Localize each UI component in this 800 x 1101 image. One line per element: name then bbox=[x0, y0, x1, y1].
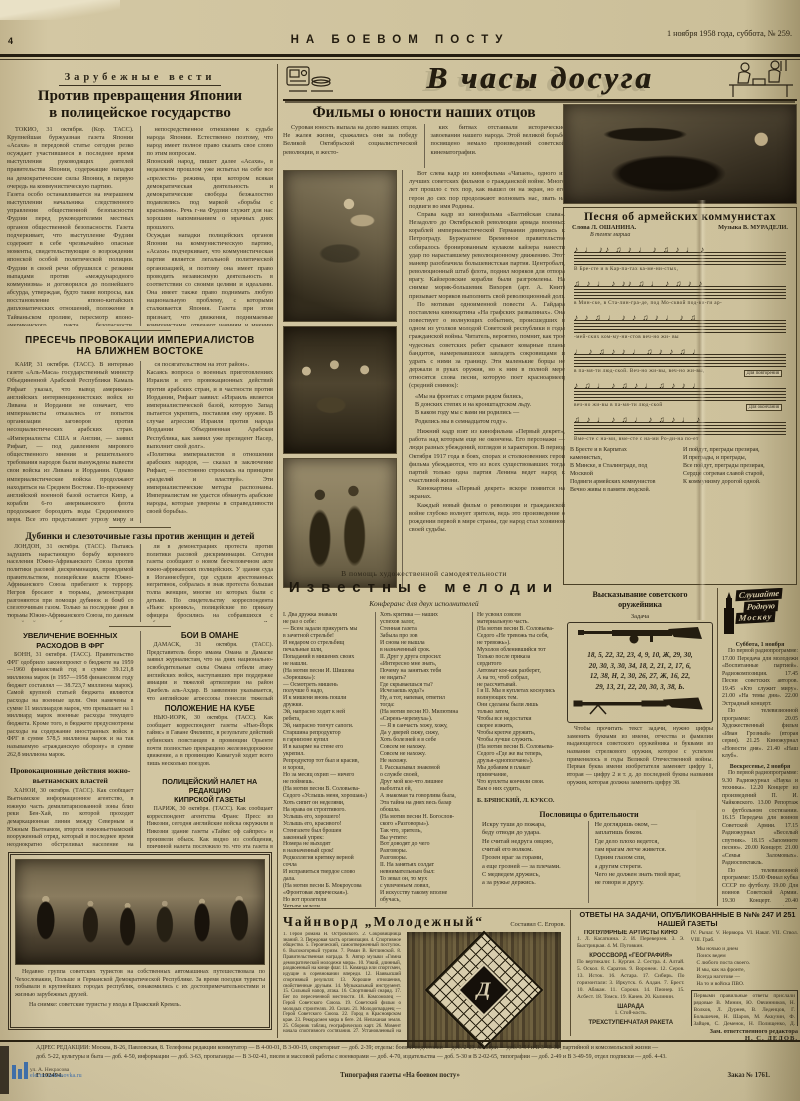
vietnam-headline: Провокационные действия южно- вьетнамски… bbox=[7, 766, 134, 786]
films-paragraph: Справа кадр из кинофильма «Балтийская сл… bbox=[409, 211, 565, 301]
answers-section: ОТВЕТЫ НА ЗАДАЧИ, ОПУБЛИКОВАННЫЕ В №№ 24… bbox=[570, 910, 798, 1036]
masthead-dateline: 1 ноября 1958 года, суббота, № 259. bbox=[667, 29, 792, 38]
song-tempo: В темпе марша bbox=[590, 232, 794, 238]
leisure-banner: В часы досуга bbox=[283, 59, 797, 101]
films-song-quote: «Мы на фронтах с отцами рядом бились, В … bbox=[415, 393, 565, 426]
divider bbox=[109, 527, 171, 528]
mideast-article-col1: КАИР, 31 октября. (ТАСС). В интервью газ… bbox=[7, 361, 134, 523]
masthead-rule bbox=[0, 54, 800, 57]
music-notes: ♪ ♫ ♩ ♪ ♫ ♪ ♩ ♫ ♪ ♪ ♩ bbox=[574, 381, 786, 391]
song-credit-music: Музыка В. МУРАДЕЛИ. bbox=[718, 224, 788, 231]
ending-label: Для окончания bbox=[746, 404, 782, 411]
cipher-line: 20, 30, 3, 30, 34, 18, 2, 21, 2, 17, 6, bbox=[572, 661, 708, 672]
rifle-icon bbox=[572, 693, 704, 715]
batons-article-col1: ЛОНДОН, 31 октября. (ТАСС). Пытаясь заду… bbox=[7, 544, 134, 622]
newspaper-page: 4 НА БОЕВОМ ПОСТУ 1 ноября 1958 года, су… bbox=[0, 0, 800, 1101]
watermark-bars-icon bbox=[18, 1069, 22, 1079]
japan-article-col2: непосредственное отношение к судьбе наро… bbox=[140, 126, 274, 326]
foreign-news-column: Зарубежные вести Против превращения Япон… bbox=[7, 64, 273, 848]
films-paragraph: Каждый новый фильм о революции и граждан… bbox=[409, 502, 565, 535]
chainword-center-letter: Д bbox=[477, 978, 491, 1001]
cyprus-article: ПАРИЖ, 30 октября. (ТАСС). Как сообщает … bbox=[147, 806, 274, 848]
submachine-gun-icon bbox=[572, 625, 704, 645]
imprint-rule bbox=[0, 1040, 800, 1042]
oman-headline: БОИ В ОМАНЕ bbox=[147, 631, 274, 640]
divider bbox=[109, 626, 171, 627]
leisure-banner-title: В часы досуга bbox=[283, 59, 797, 97]
radio-sat-program: По первой радиопрограмме: 17.00 Передача… bbox=[722, 648, 798, 708]
cipher-line: 12, 38, Н, 2, 30, 26, 27, Ж, 16, 22, bbox=[572, 671, 708, 682]
radio-logo: Слушайте Родную Москву bbox=[722, 589, 798, 639]
tourists-photo bbox=[15, 859, 265, 965]
imprint-line2: доб. 5-22, культуры и быта — доб. 4-50, … bbox=[36, 1054, 792, 1060]
song-box: Песня об армейских коммунистах Слова Л. … bbox=[563, 207, 797, 585]
chainword-byline: Составил С. Егоров. bbox=[510, 921, 565, 928]
melodies-col2: Хоть критика — наших успехов залог, Стен… bbox=[375, 612, 472, 907]
films-intro: Суровая юность выпала на долю наших отцо… bbox=[283, 124, 565, 168]
batons-headline: Дубинки и слезоточивые газы против женщи… bbox=[7, 532, 273, 542]
section-label-foreign: Зарубежные вести bbox=[59, 72, 222, 86]
melodies-signature: Б. БРЯНСКИЙ, Л. КУКСО. bbox=[477, 797, 565, 804]
grafskie-razvaliny-still bbox=[283, 326, 397, 454]
radio-logo-line1: Слушайте bbox=[735, 588, 782, 601]
chainword-section: Чайнворд „Молодежный“ Составил С. Егоров… bbox=[283, 914, 565, 1036]
chainword-title: Чайнворд „Молодежный“ bbox=[283, 914, 484, 930]
oman-article: ДАМАСК, 31 октября. (ТАСС). Представител… bbox=[147, 642, 274, 700]
imprint-order: Заказ № 1761. bbox=[728, 1072, 770, 1079]
stave-lyric: -мей-ских ком-му-ни-стов веч-но жи- вы bbox=[574, 334, 786, 340]
hobby-craft-illustration bbox=[723, 59, 797, 99]
music-stave: ♫ ♪ ♩ ♪ ♪♪ ♫ ♩ ♪ ♫ ♪ ♪ в Мин-ске, в Ста-… bbox=[574, 276, 786, 306]
imprint-line1: АДРЕС РЕДАКЦИИ: Москва, В-26, Павловская… bbox=[36, 1045, 792, 1051]
answers-artists: 1. Л. Касаткина. 2. И. Переверзев. 3. Э.… bbox=[577, 936, 685, 950]
gunsmith-task-box: Высказывание советского оружейника Задач… bbox=[567, 590, 713, 808]
melodies-kicker: В помощь художественной самодеятельности bbox=[283, 569, 565, 578]
films-intro-col1: Суровая юность выпала на долю наших отцо… bbox=[283, 124, 418, 168]
watermark-bars-icon bbox=[24, 1062, 28, 1079]
proverbs-title: Пословицы о бдительности bbox=[482, 810, 696, 819]
stave-lyric: В Бре-сте и в Кар-па-тах ка-ме-ни-стых, bbox=[574, 266, 786, 272]
cipher-line: 29, 13, 21, 22, 20, 30, 3, 38, Ь. bbox=[572, 682, 708, 693]
song-verse-right: И пойдут, преграды презирая, И преграды,… bbox=[683, 446, 790, 542]
chainword-grid: Д bbox=[425, 931, 544, 1050]
chainword-puzzle-photo: Д bbox=[407, 932, 561, 1048]
mideast-article-col2: ся посягательством на этот район». Касая… bbox=[140, 361, 274, 523]
japan-headline: Против превращения Японии в полицейское … bbox=[7, 88, 273, 122]
gunsmith-subtitle: Задача bbox=[567, 613, 713, 620]
cuba-article: НЬЮ-ЙОРК, 30 октября. (ТАСС). Как сообща… bbox=[147, 715, 274, 773]
column-rule-left bbox=[277, 64, 278, 1038]
page-number: 4 bbox=[8, 36, 13, 46]
melodies-title: Известные мелодии bbox=[283, 579, 565, 596]
proverbs-block: Пословицы о бдительности Искру туши до п… bbox=[482, 810, 696, 903]
answers-sharada: 1. Стой-кость. bbox=[577, 1010, 685, 1017]
vietnam-article: ХАНОЙ, 30 октября. (ТАСС). Как сообщает … bbox=[7, 788, 134, 848]
kremlin-tower-icon bbox=[722, 592, 736, 636]
puzzle-section-rule bbox=[283, 908, 797, 909]
films-headline: Фильмы о юности наших отцов bbox=[283, 104, 565, 122]
repeat-label: Для повторения bbox=[744, 370, 782, 377]
japan-article-col1: ТОКИО, 31 октября. (Кор. ТАСС). Крупнейш… bbox=[7, 126, 134, 326]
answers-pvo-verse: Мы ночью и днем Поиск ведем С любого пос… bbox=[697, 946, 799, 988]
stave-lyric: в Мин-ске, в Ста-лин-гра-де, под Мо-скво… bbox=[574, 300, 786, 306]
chapaev-still bbox=[283, 170, 397, 322]
music-stave: Для окончания ♫ ♪ ♩ ♪ ♫ ♩ ♪ ♫ ♪ ♩ ♪ Вме-… bbox=[574, 412, 786, 442]
radio-logo-line3: Москву bbox=[735, 611, 776, 624]
gunsmith-explanation: Чтобы прочитать текст задачи, нужно цифр… bbox=[567, 726, 713, 790]
chainword-emblem: Д bbox=[457, 963, 511, 1017]
imprint-printer: Типография газеты «На боевом посту» bbox=[250, 1072, 550, 1079]
tourists-photo-box: Недавно группа советских туристов на соб… bbox=[8, 852, 272, 1030]
divider bbox=[109, 330, 171, 331]
frg-article: БОНН, 31 октября. (ТАСС). Правительство … bbox=[7, 652, 134, 762]
column-rule-radio bbox=[717, 588, 718, 906]
music-notes: ♫ ♪ ♩ ♪ ♫ ♩ ♪ ♫ ♪ ♩ ♪ bbox=[574, 415, 786, 425]
tourists-caption: Недавно группа советских туристов на соб… bbox=[15, 969, 265, 1000]
song-credit-words: Слова Л. ОШАНИНА. bbox=[572, 224, 636, 231]
stave-lyric: Вме-сте с на-ми, вме-сте с на-ми Ро-ди-н… bbox=[574, 436, 786, 442]
cuba-headline: ПОЛОЖЕНИЕ НА КУБЕ bbox=[147, 704, 274, 713]
watermark-url: electro.nekrasovka.ru bbox=[30, 1073, 82, 1079]
films-paragraph: Вот слева кадр из кинофильма «Чапаев», о… bbox=[409, 170, 565, 211]
films-article-text: Вот слева кадр из кинофильма «Чапаев», о… bbox=[402, 170, 565, 588]
radio-sun-program: По первой радиопрограмме: 9.30 Радиожурн… bbox=[722, 770, 798, 868]
melodies-col1: I. Два дружка знавали не раз о себе: — В… bbox=[283, 612, 375, 907]
music-stave: ♪ ♪ ♫ ♩ ♪ ♪ ♫ ♪ ♩ ♪ ♫ -мей-ских ком-му-н… bbox=[574, 310, 786, 340]
baltic-slava-still bbox=[563, 104, 797, 204]
music-notes: ♩ ♪ ♫ ♪ ♪ ♩ ♫ ♪ ♪ ♫ ♩ bbox=[574, 347, 786, 357]
films-intro-col2: ких битвах отстаивали исторические завое… bbox=[424, 124, 566, 168]
editor-title: Зам. ответственного редактора bbox=[577, 1028, 798, 1035]
chainword-clues: 1. Герой романа Н. Островского. 2. Сокро… bbox=[283, 932, 401, 1032]
radio-set-illustration bbox=[285, 61, 337, 99]
music-notes: ♪ ♪ ♫ ♩ ♪ ♪ ♫ ♪ ♩ ♪ ♫ bbox=[574, 313, 786, 323]
music-notes: ♫ ♪ ♩ ♪ ♪♪ ♫ ♩ ♪ ♫ ♪ ♪ bbox=[574, 279, 786, 289]
batons-article-col2: ли в демонстрациях протеста против полит… bbox=[140, 544, 274, 622]
answers-winners-box: Первыми правильные ответы прислали рядов… bbox=[691, 990, 799, 1026]
melodies-subtitle: Конферанс для двух исполнителей bbox=[283, 599, 565, 608]
frg-headline: УВЕЛИЧЕНИЕ ВОЕННЫХ РАСХОДОВ В ФРГ bbox=[7, 631, 134, 650]
song-verse-left: В Бресте и в Карпатах каменистых, В Минс… bbox=[570, 446, 677, 542]
watermark-bars-icon bbox=[12, 1065, 16, 1079]
proverbs-col2: Не доглядишь оком, — заплатишь боком. Гд… bbox=[595, 821, 697, 903]
radio-sat-tv: По телевизионной программе: 20.05 Художе… bbox=[722, 708, 798, 761]
scan-smudge bbox=[0, 1046, 9, 1094]
library-watermark: ул. А. Некрасова electro.nekrasovka.ru bbox=[12, 1062, 82, 1079]
answers-header: ОТВЕТЫ НА ЗАДАЧИ, ОПУБЛИКОВАННЫЕ В №№ 24… bbox=[577, 910, 798, 928]
music-notes: ♪ ♩ ♪♪ ♫ ♪ ♩ ♪ ♫ ♪ ♩ ♪ bbox=[574, 245, 786, 255]
mideast-headline: ПРЕСЕЧЬ ПРОВОКАЦИИ ИМПЕРИАЛИСТОВ НА БЛИЖ… bbox=[7, 335, 273, 359]
radio-program-column: Слушайте Родную Москву Суббота, 1 ноября… bbox=[722, 588, 798, 906]
cyprus-headline: ПОЛИЦЕЙСКИЙ НАЛЕТ НА РЕДАКЦИЮ КИПРСКОЙ Г… bbox=[147, 777, 274, 804]
scan-corner bbox=[0, 0, 120, 20]
melodies-col3: Не усвоил совсем материальную часть. (На… bbox=[477, 612, 565, 794]
radio-sun-tv: По телевизионной программе: 15.00 Финал … bbox=[722, 868, 798, 906]
cipher-line: 18, 5, 22, 32, 23, 4, 9, 10, Ж, 29, 30, bbox=[572, 650, 708, 661]
tourists-caption-snimke: На снимке: советские туристы у входа в П… bbox=[15, 1002, 265, 1010]
films-paragraph: Кинокартина «Первый декрет» вскоре появи… bbox=[409, 485, 565, 501]
films-paragraph: По мотивам одноименной повести А. Гайдар… bbox=[409, 301, 565, 391]
masthead-title: НА БОЕВОМ ПОСТУ bbox=[200, 34, 600, 46]
films-paragraph: Нижний кадр взят из кинофильма «Первый д… bbox=[409, 428, 565, 485]
gunsmith-title: Высказывание советского оружейника bbox=[567, 590, 713, 611]
answers-crossword: По вертикали: 1. Курган. 2. Сестра. 4. А… bbox=[577, 959, 685, 1001]
proverbs-col1: Искру туши до пожара, беду отводи до уда… bbox=[482, 821, 589, 903]
answers-kripto-continued: IV. Рычаг. V. Нервюра. VI. Накат. VII. С… bbox=[691, 930, 799, 944]
music-stave: ♪ ♩ ♪♪ ♫ ♪ ♩ ♪ ♫ ♪ ♩ ♪ В Бре-сте и в Кар… bbox=[574, 242, 786, 272]
song-title: Песня об армейских коммунистах bbox=[566, 211, 794, 223]
